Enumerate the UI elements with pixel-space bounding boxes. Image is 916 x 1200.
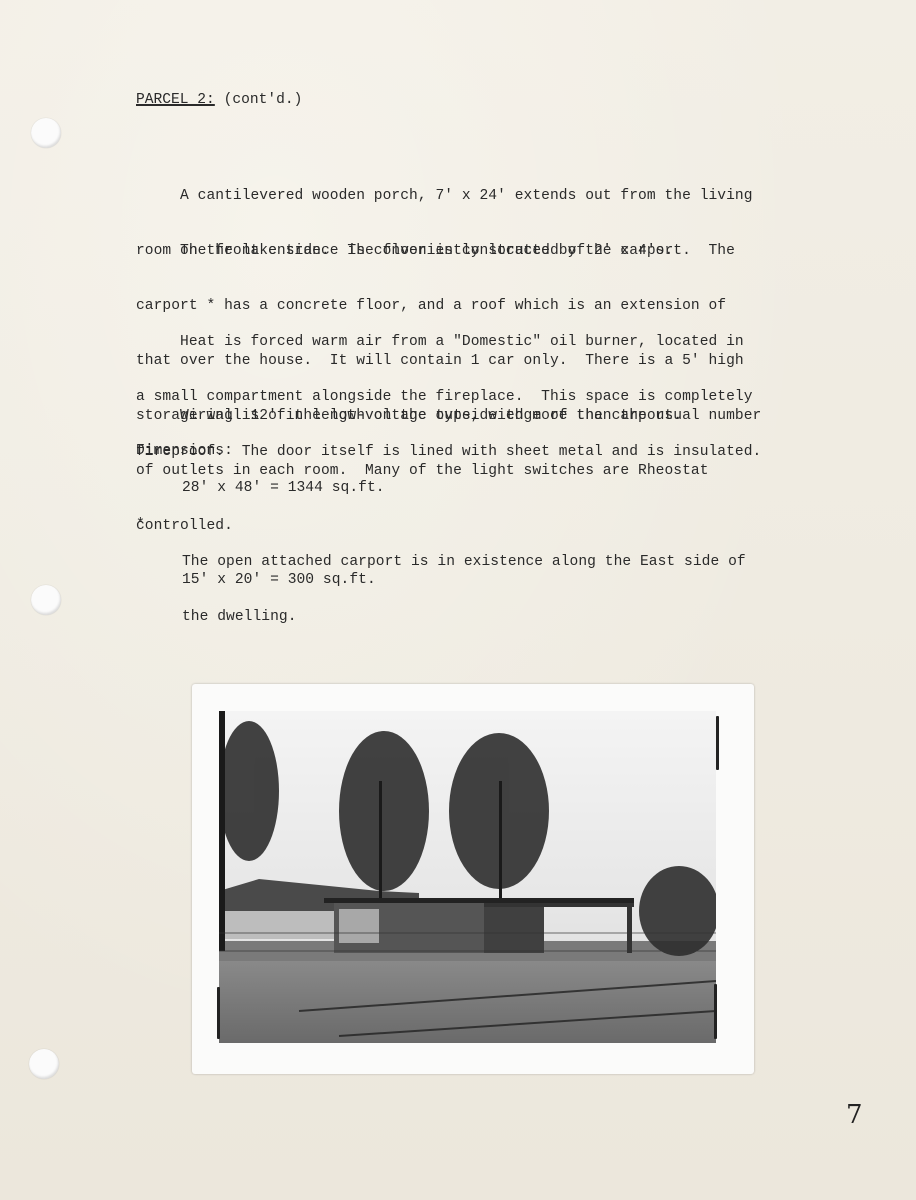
house-photograph [219, 711, 716, 1043]
footnote-marker: * [136, 516, 176, 534]
punch-hole-middle [31, 585, 61, 615]
carport-dimensions: 15' x 20' = 300 sq.ft. [182, 571, 842, 589]
photo-clip-left [217, 987, 220, 1039]
punch-hole-bottom [29, 1049, 59, 1079]
punch-hole-top [31, 118, 61, 148]
dimensions-label: Dimensions: [136, 442, 796, 460]
page-heading: PARCEL 2: (cont'd.) [136, 92, 302, 108]
text-line: The front entrance is conveniently locat… [136, 242, 796, 260]
parcel-label: PARCEL 2: [136, 92, 215, 108]
text-line: Heat is forced warm air from a "Domestic… [136, 333, 796, 351]
parcel-suffix: (cont'd.) [224, 92, 303, 108]
text-line: A cantilevered wooden porch, 7' x 24' ex… [136, 187, 796, 205]
text-line: Wiring is of the low-voltage type, with … [136, 407, 796, 425]
text-line: of outlets in each room. Many of the lig… [136, 462, 796, 480]
footnote-text: The open attached carport is in existenc… [182, 516, 842, 663]
house-dimensions: 28' x 48' = 1344 sq.ft. [182, 479, 842, 497]
text-line: The open attached carport is in existenc… [182, 553, 842, 571]
text-line: the dwelling. [182, 608, 842, 626]
photo-clip-top [716, 716, 719, 770]
page-number: 7 [846, 1100, 863, 1130]
photograph-print [192, 684, 754, 1074]
document-page: PARCEL 2: (cont'd.) A cantilevered woode… [0, 0, 916, 1200]
photo-clip-right [714, 984, 717, 1039]
